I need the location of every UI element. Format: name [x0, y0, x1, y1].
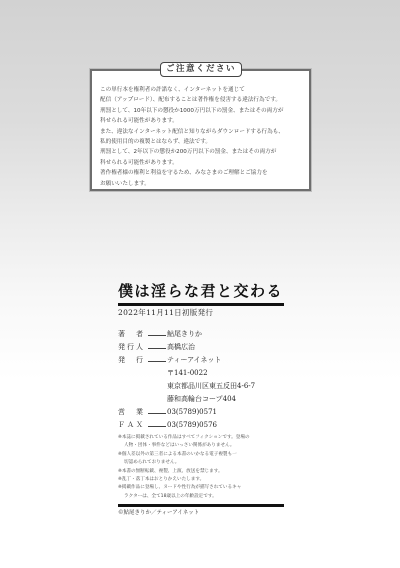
credit-row-publisher-person: 発行人 高橋広治: [118, 341, 286, 354]
note-line: ※本誌に掲載されている作品はすべてフィクションです。登場の: [118, 434, 286, 442]
note-line: ※個人差以外の第三者による本書のいかなる電子複製も一: [118, 451, 286, 459]
contact-value: 03(5789)0571: [167, 406, 217, 419]
note-line: ラクターは、全て18歳以上の年齢設定です。: [118, 493, 286, 501]
note-line: ※本書の無断転載、複製、上演、放送を禁じます。: [118, 468, 286, 476]
copyright-notice-box: この単行本を権利者の許諾なく、インターネットを通じて 配信（アップロード）、配布…: [90, 69, 311, 191]
notice-line: この単行本を権利者の許諾なく、インターネットを通じて: [100, 85, 304, 95]
notice-line: 刑罰として、2年以下の懲役か200万円以下の罰金、またはその両方が: [100, 147, 304, 157]
credit-label: 発 行: [118, 354, 148, 367]
contact-row-fax: ＦＡＸ 03(5789)0576: [118, 419, 286, 432]
credit-label: 著 者: [118, 328, 148, 341]
notice-line: 刑罰として、10年以下の懲役か1000万円以下の罰金、またはその両方が: [100, 106, 304, 116]
credit-value: 高橋広治: [167, 341, 195, 354]
dash-divider: [148, 406, 166, 414]
dash-divider: [148, 354, 166, 362]
notice-line: また、違法なインターネット配信と知りながらダウンロードする行為も、: [100, 127, 304, 137]
notice-badge: ご注意ください: [160, 62, 242, 77]
dash-divider: [148, 341, 166, 349]
notice-text: この単行本を権利者の許諾なく、インターネットを通じて 配信（アップロード）、配布…: [100, 85, 304, 189]
contact-label: 営 業: [118, 406, 148, 419]
credit-value: 鮎尾きりか: [167, 328, 202, 341]
note-line: ※掲載作品に登場し、ヌードや性行為が描写されているキャ: [118, 484, 286, 492]
credit-label: 発行人: [118, 341, 148, 354]
contact-row-sales: 営 業 03(5789)0571: [118, 406, 286, 419]
title-rule: [118, 303, 284, 306]
contact-value: 03(5789)0576: [167, 419, 217, 432]
credit-row-publisher: 発 行 ティーアイネット: [118, 354, 286, 367]
copyright-line: ©鮎尾きりか／ティーアイネット: [118, 508, 286, 518]
notice-line: 科せられる可能性があります。: [100, 158, 304, 168]
credits: 著 者 鮎尾きりか 発行人 高橋広治 発 行 ティーアイネット 〒141-002…: [118, 328, 286, 432]
notice-line: 科せられる可能性があります。: [100, 116, 304, 126]
contact-label: ＦＡＸ: [118, 419, 148, 432]
credit-row-author: 著 者 鮎尾きりか: [118, 328, 286, 341]
note-line: ※乱丁・落丁本はおとりかえいたします。: [118, 476, 286, 484]
notes: ※本誌に掲載されている作品はすべてフィクションです。登場の 人物・団体・事件など…: [118, 434, 286, 501]
bottom-rule: [118, 504, 284, 507]
address-building: 藤和高輪台コープ404: [118, 393, 286, 406]
publication-date: 2022年11月11日初版発行: [118, 307, 286, 318]
book-title: 僕は淫らな君と交わる: [118, 282, 286, 300]
notice-line: 私的使用目的の複製とはならず、違法です。: [100, 137, 304, 147]
notice-line: 著作権者様の権利と利益を守るため、みなさまのご理解とご協力を: [100, 168, 304, 178]
address-street: 東京都品川区東五反田4-6-7: [118, 380, 286, 393]
dash-divider: [148, 328, 166, 336]
note-line: 人物・団体・事件などはいっさい関係がありません。: [118, 442, 286, 450]
credit-value: ティーアイネット: [167, 354, 221, 367]
notice-line: 配信（アップロード）、配布することは著作権を侵害する違法行為です。: [100, 95, 304, 105]
address-postal: 〒141-0022: [118, 367, 286, 380]
colophon: 僕は淫らな君と交わる 2022年11月11日初版発行 著 者 鮎尾きりか 発行人…: [118, 282, 286, 518]
notice-line: お願いいたします。: [100, 179, 304, 189]
note-line: 切認められておりません。: [118, 459, 286, 467]
dash-divider: [148, 419, 166, 427]
